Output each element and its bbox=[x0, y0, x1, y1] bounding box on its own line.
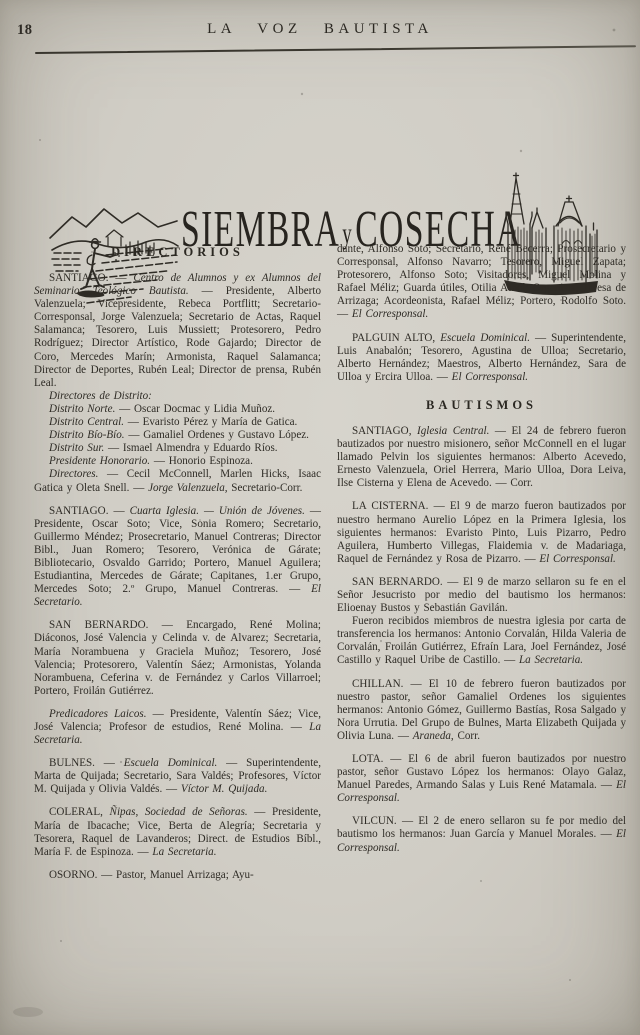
scanned-newspaper-page: 18 LA VOZ BAUTISTA bbox=[0, 0, 640, 1035]
text-segment: BULNES. — bbox=[49, 757, 124, 769]
text-segment: Jorge Valenzuela, bbox=[148, 482, 227, 494]
section-banner: SIEMBRAyCOSECHA bbox=[0, 86, 640, 238]
text-segment: Escuela Dominical. bbox=[440, 332, 530, 344]
left-column: DIRECTORIOSSANTIAGO. — Centro de Alumnos… bbox=[34, 243, 321, 882]
text-segment: El Corresponsal. bbox=[539, 553, 615, 565]
text-segment: — Presidente, Oscar Soto; Vice, Sonia Ro… bbox=[34, 505, 321, 596]
text-segment: El Corresponsal. bbox=[452, 371, 528, 383]
paragraph: COLERAL, Ñipas, Sociedad de Señoras. — P… bbox=[34, 806, 321, 858]
paragraph: Predicadores Laicos. — Presidente, Valen… bbox=[34, 708, 321, 747]
header-rule bbox=[35, 45, 636, 54]
paragraph: SAN BERNARDO. — El 9 de marzo sellaron s… bbox=[337, 576, 626, 615]
text-segment: La Secretaria. bbox=[152, 846, 216, 858]
text-segment: Escuela Dominical. bbox=[124, 757, 218, 769]
text-segment: SAN BERNARDO. — El 9 de marzo sellaron s… bbox=[337, 576, 626, 614]
paragraph: Distrito Central. — Evaristo Pérez y Mar… bbox=[34, 416, 321, 429]
text-segment: SANTIAGO. — bbox=[49, 272, 133, 284]
text-segment: Directores de Distrito: bbox=[49, 390, 152, 402]
paragraph: SAN BERNARDO. — Encargado, René Molina; … bbox=[34, 619, 321, 698]
text-segment: Predicadores Laicos. bbox=[49, 708, 146, 720]
paragraph: LOTA. — El 6 de abril fueron bautizados … bbox=[337, 753, 626, 805]
text-segment: Distrito Central. bbox=[49, 416, 124, 428]
text-segment: Víctor M. Quijada. bbox=[181, 783, 267, 795]
text-segment: — Honorio Espinoza. bbox=[150, 455, 253, 467]
paragraph: Distrito Sur. — Ismael Almendra y Eduard… bbox=[34, 442, 321, 455]
right-column: dante, Alfonso Soto; Secretario, René Be… bbox=[337, 243, 626, 882]
paragraph: Directores. — Cecil McConnell, Marlen Hi… bbox=[34, 468, 321, 494]
text-segment: Directores. bbox=[49, 468, 98, 480]
paragraph: SANTIAGO, Iglesia Central. — El 24 de fe… bbox=[337, 425, 626, 490]
text-segment: La Secretaria. bbox=[519, 654, 583, 666]
article-columns: DIRECTORIOSSANTIAGO. — Centro de Alumnos… bbox=[34, 243, 626, 882]
paragraph: SANTIAGO. — Cuarta Iglesia. — Unión de J… bbox=[34, 505, 321, 610]
text-segment: OSORNO. — Pastor, Manuel Arrizaga; Ayu- bbox=[49, 869, 254, 881]
text-segment: VILCUN. — El 2 de enero sellaron su fe p… bbox=[337, 815, 626, 840]
text-segment: CHILLAN. — El 10 de febrero fueron bauti… bbox=[337, 678, 626, 742]
text-segment: Distrito Norte. bbox=[49, 403, 115, 415]
paragraph: OSORNO. — Pastor, Manuel Arrizaga; Ayu- bbox=[34, 869, 321, 882]
text-segment: — Evaristo Pérez y María de Gatica. bbox=[124, 416, 297, 428]
text-segment: Iglesia Central. bbox=[417, 425, 489, 437]
text-segment: Distrito Sur. bbox=[49, 442, 104, 454]
text-segment: SANTIAGO, bbox=[352, 425, 417, 437]
text-segment: Secretario-Corr. bbox=[228, 482, 303, 494]
paragraph: BULNES. — Escuela Dominical. — Superinte… bbox=[34, 757, 321, 796]
text-segment: Cuarta Iglesia. — Unión de Jóvenes. bbox=[130, 505, 305, 517]
masthead-title: LA VOZ BAUTISTA bbox=[0, 21, 640, 38]
paragraph: Presidente Honorario. — Honorio Espinoza… bbox=[34, 455, 321, 468]
text-segment: — Oscar Docmac y Lidia Muñoz. bbox=[115, 403, 275, 415]
text-segment: Araneda, bbox=[413, 730, 454, 742]
text-segment: Corr. bbox=[454, 730, 480, 742]
text-segment: Ñipas, Sociedad de Señoras. bbox=[110, 806, 248, 818]
text-segment: LOTA. — El 6 de abril fueron bautizados … bbox=[337, 753, 626, 791]
section-heading: DIRECTORIOS bbox=[34, 245, 321, 260]
paragraph: dante, Alfonso Soto; Secretario, René Be… bbox=[337, 243, 626, 322]
paragraph: Directores de Distrito: bbox=[34, 390, 321, 403]
text-segment: Presidente Honorario. bbox=[49, 455, 150, 467]
paragraph: Distrito Bío-Bío. — Gamaliel Ordenes y G… bbox=[34, 429, 321, 442]
text-segment: SAN BERNARDO. — Encargado, René Molina; … bbox=[34, 619, 321, 696]
text-segment: COLERAL, bbox=[49, 806, 110, 818]
paragraph: Distrito Norte. — Oscar Docmac y Lidia M… bbox=[34, 403, 321, 416]
paragraph: Fueron recibidos miembros de nuestra igl… bbox=[337, 615, 626, 667]
section-heading: BAUTISMOS bbox=[337, 398, 626, 413]
text-segment: — Gamaliel Ordenes y Gustavo López. bbox=[125, 429, 309, 441]
text-segment: — Presidente, Alberto Valenzuela; Vicepr… bbox=[34, 285, 321, 389]
text-segment: SANTIAGO. — bbox=[49, 505, 130, 517]
paragraph: CHILLAN. — El 10 de febrero fueron bauti… bbox=[337, 678, 626, 743]
paragraph: SANTIAGO. — Centro de Alumnos y ex Alumn… bbox=[34, 272, 321, 390]
text-segment: Distrito Bío-Bío. bbox=[49, 429, 125, 441]
paragraph: PALGUIN ALTO, Escuela Dominical. — Super… bbox=[337, 332, 626, 384]
text-segment: PALGUIN ALTO, bbox=[352, 332, 440, 344]
paragraph: LA CISTERNA. — El 9 de marzo fueron baut… bbox=[337, 500, 626, 565]
text-segment: El Corresponsal. bbox=[352, 308, 428, 320]
text-segment: — Ismael Almendra y Eduardo Ríos. bbox=[104, 442, 277, 454]
paragraph: VILCUN. — El 2 de enero sellaron su fe p… bbox=[337, 815, 626, 854]
